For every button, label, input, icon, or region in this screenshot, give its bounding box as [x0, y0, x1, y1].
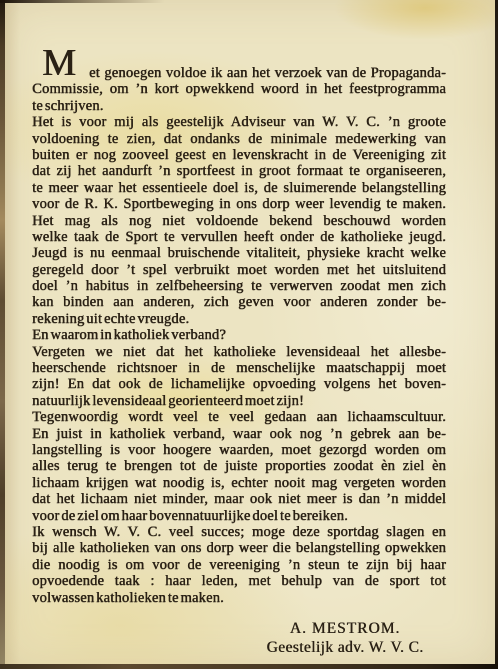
- page-edge-left: [0, 0, 5, 669]
- text-line: te meer waar het essentieele doel is, de…: [32, 180, 446, 196]
- text-line: et genoegen voldoe ik aan het verzoek va…: [32, 65, 446, 81]
- text-line: heerschende richtsnoer in de menschelijk…: [32, 360, 446, 376]
- text-line: geregeld door ’t spel verbruikt moet wor…: [32, 262, 446, 278]
- body-text-block: et genoegen voldoe ik aan het verzoek va…: [32, 65, 446, 606]
- text-line: buiten er nog zooveel geest en levenskra…: [32, 147, 446, 163]
- text-line: kan binden aan anderen, zich geven voor …: [32, 294, 446, 310]
- text-line: dat het lichaam niet minder, maar ook ni…: [32, 491, 446, 507]
- text-line: En juist in katholiek verband, waar ook …: [32, 426, 446, 442]
- signature-name: A. MESTROM.: [240, 620, 450, 639]
- text-line: bij alle katholieken van ons dorp weer d…: [32, 540, 446, 556]
- text-line: te schrijven.: [32, 98, 446, 114]
- text-line: dat zij het aandurft ’n sportfeest in gr…: [32, 163, 446, 179]
- text-line: alles terug te brengen tot de juiste pro…: [32, 458, 446, 474]
- text-line: Het is voor mij als geestelijk Adviseur …: [32, 114, 446, 130]
- text-line: En waarom in katholiek verband?: [32, 327, 446, 343]
- text-line: rekening uit echte vreugde.: [32, 311, 446, 327]
- signature-title: Geestelijk adv. W. V. C.: [240, 639, 450, 658]
- signature-block: A. MESTROM. Geestelijk adv. W. V. C.: [240, 620, 450, 657]
- text-line: Commissie, om ’n kort opwekkend woord in…: [32, 81, 446, 97]
- text-line: volwassen katholieken te maken.: [32, 590, 446, 606]
- text-line: Tegenwoordig wordt veel te veel gedaan a…: [32, 409, 446, 425]
- text-line: opvoedende taak : haar leden, met behulp…: [32, 573, 446, 589]
- text-line: voor de R. K. Sportbeweging in ons dorp …: [32, 196, 446, 212]
- text-line: zijn! En dat ook de lichamelijke opvoedi…: [32, 376, 446, 392]
- text-line: Vergeten we niet dat het katholieke leve…: [32, 344, 446, 360]
- text-line: doel ’n habitus in zelfbeheersing te ver…: [32, 278, 446, 294]
- text-line: natuurlijk levensideaal georienteerd moe…: [32, 393, 446, 409]
- scanned-booklet-page: M et genoegen voldoe ik aan het verzoek …: [0, 0, 498, 669]
- text-line: die noodig is om voor de vereeniging ’n …: [32, 557, 446, 573]
- text-line: voldoening te zien, dat ondanks de minim…: [32, 131, 446, 147]
- text-line: lichaam krijgen wat noodig is, echter no…: [32, 475, 446, 491]
- page-edge-bottom: [0, 664, 498, 669]
- text-line: welke taak de Sport te vervullen heeft o…: [32, 229, 446, 245]
- text-line: Ik wensch W. V. C. veel succes; moge dez…: [32, 524, 446, 540]
- text-line: langstelling is voor hoogere waarden, mo…: [32, 442, 446, 458]
- text-line: Het mag als nog niet voldoende bekend be…: [32, 213, 446, 229]
- text-line: voor de ziel om haar bovennatuurlijke do…: [32, 508, 446, 524]
- text-line: Jeugd is nu eenmaal bruischende vitalite…: [32, 245, 446, 261]
- page-edge-top: [0, 0, 165, 3]
